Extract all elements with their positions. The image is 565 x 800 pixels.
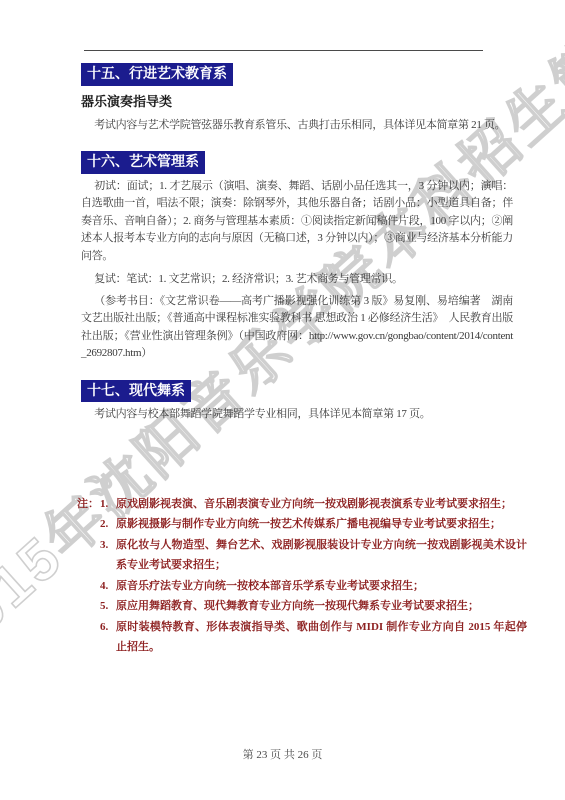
note-item: 5. 原应用舞蹈教育、现代舞教育专业方向统一按现代舞系专业考试要求招生； (77, 596, 527, 617)
document-page: 2015年沈阳音乐学院本科招生简章 十五、行进艺术教育系 器乐演奏指导类 考试内… (0, 0, 565, 800)
section-15-title-bar: 十五、行进艺术教育系 (81, 63, 233, 86)
document-content: 十五、行进艺术教育系 器乐演奏指导类 考试内容与艺术学院管弦器乐教育系管乐、古典… (0, 50, 565, 658)
notes-block: 注： 1. 原戏剧影视表演、音乐剧表演专业方向统一按戏剧影视表演系专业考试要求招… (77, 494, 527, 658)
section-16-paragraph-first-exam: 初试：面试；1. 才艺展示（演唱、演奏、舞蹈、话剧小品任选其一，3 分钟以内；演… (81, 178, 513, 266)
note-text: 原应用舞蹈教育、现代舞教育专业方向统一按现代舞系专业考试要求招生； (116, 596, 527, 617)
note-item: 6. 原时装模特教育、形体表演指导类、歌曲创作与 MIDI 制作专业方向自 20… (77, 617, 527, 658)
note-item: 4. 原音乐疗法专业方向统一按校本部音乐学系专业考试要求招生； (77, 576, 527, 597)
section-16-title-bar: 十六、艺术管理系 (81, 151, 205, 174)
notes-label-spacer (77, 617, 100, 658)
section-16-paragraph-second-exam: 复试：笔试：1. 文艺常识；2. 经济常识；3. 艺术商务与管理常识。 (81, 271, 513, 289)
section-15: 十五、行进艺术教育系 器乐演奏指导类 考试内容与艺术学院管弦器乐教育系管乐、古典… (81, 51, 513, 134)
note-text: 原时装模特教育、形体表演指导类、歌曲创作与 MIDI 制作专业方向自 2015 … (116, 617, 527, 658)
notes-label-spacer (77, 535, 100, 576)
note-text: 原影视摄影与制作专业方向统一按艺术传媒系广播电视编导专业考试要求招生； (116, 514, 527, 535)
note-text: 原音乐疗法专业方向统一按校本部音乐学系专业考试要求招生； (116, 576, 527, 597)
note-number: 3. (100, 535, 116, 576)
notes-label-spacer (77, 596, 100, 617)
section-16: 十六、艺术管理系 初试：面试；1. 才艺展示（演唱、演奏、舞蹈、话剧小品任选其一… (81, 134, 513, 363)
note-item: 注： 1. 原戏剧影视表演、音乐剧表演专业方向统一按戏剧影视表演系专业考试要求招… (77, 494, 527, 515)
notes-label-spacer (77, 576, 100, 597)
note-number: 1. (100, 494, 116, 515)
section-15-paragraph: 考试内容与艺术学院管弦器乐教育系管乐、古典打击乐相同，具体详见本简章第 21 页… (81, 117, 513, 135)
section-17-paragraph: 考试内容与校本部舞蹈学院舞蹈学专业相同，具体详见本简章第 17 页。 (81, 406, 513, 424)
note-text: 原戏剧影视表演、音乐剧表演专业方向统一按戏剧影视表演系专业考试要求招生； (116, 494, 527, 515)
note-number: 2. (100, 514, 116, 535)
note-number: 5. (100, 596, 116, 617)
note-number: 6. (100, 617, 116, 658)
section-17: 十七、现代舞系 考试内容与校本部舞蹈学院舞蹈学专业相同，具体详见本简章第 17 … (81, 363, 513, 424)
section-17-title-bar: 十七、现代舞系 (81, 380, 191, 403)
notes-label-spacer (77, 514, 100, 535)
section-16-paragraph-references: （参考书目：《文艺常识卷——高考广播影视强化训练第 3 版》易复刚、易培编著 湖… (81, 293, 513, 363)
note-number: 4. (100, 576, 116, 597)
section-15-subheading: 器乐演奏指导类 (81, 91, 513, 110)
note-item: 3. 原化妆与人物造型、舞台艺术、戏剧影视服装设计专业方向统一按戏剧影视美术设计… (77, 535, 527, 576)
note-text: 原化妆与人物造型、舞台艺术、戏剧影视服装设计专业方向统一按戏剧影视美术设计系专业… (116, 535, 527, 576)
note-item: 2. 原影视摄影与制作专业方向统一按艺术传媒系广播电视编导专业考试要求招生； (77, 514, 527, 535)
page-footer: 第 23 页 共 26 页 (0, 746, 565, 762)
notes-label: 注： (77, 494, 100, 515)
